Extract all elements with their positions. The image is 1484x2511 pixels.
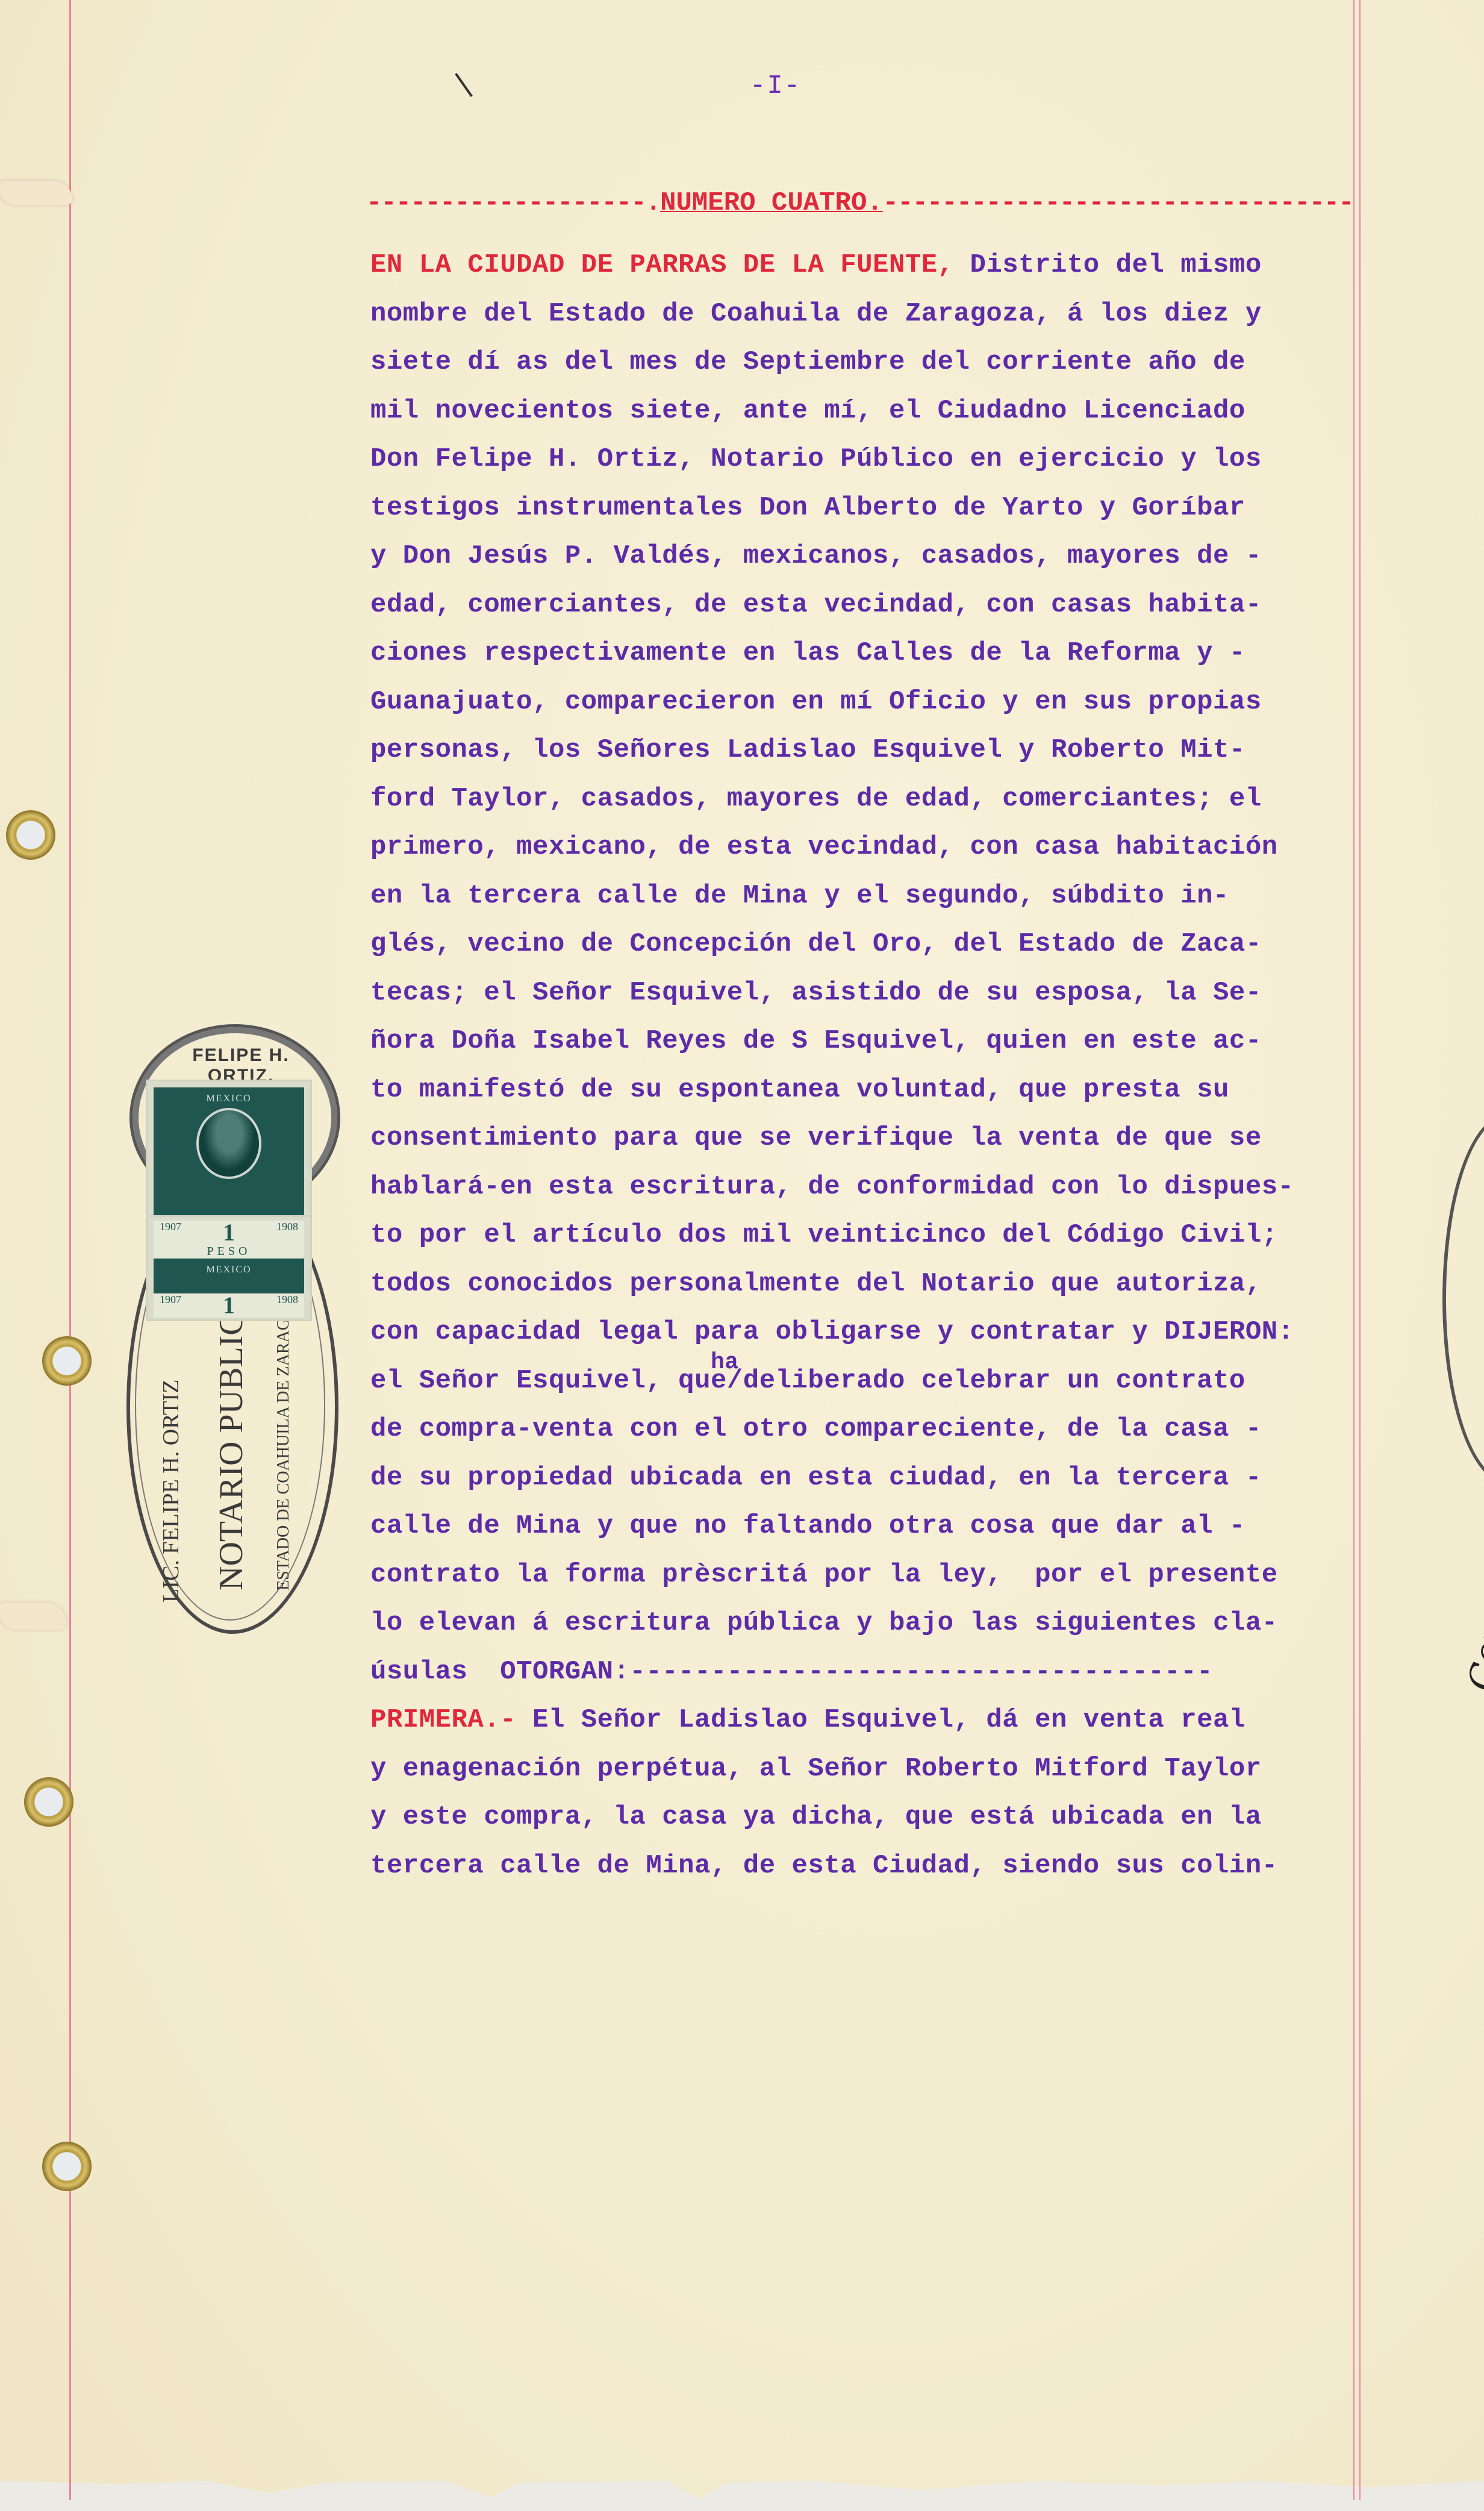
text-line: to manifestó de su espontanea voluntad, … — [370, 1066, 1364, 1115]
seal-center-text: NOTARIO PUBLICO — [212, 1289, 251, 1590]
text-line: ñora Doña Isabel Reyes de S Esquivel, qu… — [370, 1017, 1364, 1066]
seal-outer-right-text: ESTADO DE COAHUILA DE ZARAGOZA — [274, 1284, 293, 1591]
seal-name: FELIPE H. ORTIZ, — [169, 1045, 313, 1086]
red-heading-text: PRIMERA.- — [370, 1696, 516, 1745]
line-text: ñora Doña Isabel Reyes de S Esquivel, qu… — [370, 1017, 1262, 1066]
stamp-year-left: 1907 — [160, 1221, 181, 1245]
line-text: testigos instrumentales Don Alberto de Y… — [370, 484, 1245, 533]
line-text: El Señor Ladislao Esquivel, dá en venta … — [516, 1696, 1245, 1745]
line-text: lo elevan á escritura pública y bajo las… — [370, 1599, 1278, 1648]
red-heading-text: EN LA CIUDAD DE PARRAS DE LA FUENTE, — [370, 241, 954, 290]
line-text: en la tercera calle de Mina y el segundo… — [370, 872, 1229, 921]
stamp-years: 190711908 — [154, 1221, 304, 1245]
stamp-value: 1 — [223, 1221, 235, 1245]
grommet-icon — [24, 1777, 73, 1827]
text-line: testigos instrumentales Don Alberto de Y… — [370, 484, 1364, 533]
line-text: todos conocidos personalmente del Notari… — [370, 1260, 1262, 1309]
line-text: personas, los Señores Ladislao Esquivel … — [370, 726, 1245, 775]
stamp-year-right: 1908 — [276, 1293, 298, 1318]
text-line: de compra-venta con el otro comparecient… — [370, 1405, 1364, 1454]
text-line: contrato la forma prèscritá por la ley, … — [370, 1551, 1364, 1599]
line-text: Distrito del mismo — [954, 241, 1262, 290]
line-text: calle de Mina y que no faltando otra cos… — [370, 1502, 1245, 1551]
line-text: úsulas OTORGAN:-------------------------… — [370, 1648, 1213, 1696]
stamp-unit: PESO — [154, 1245, 304, 1259]
text-line: to por el artículo dos mil veinticinco d… — [370, 1211, 1364, 1260]
document-title: NUMERO CUATRO. — [660, 188, 883, 212]
text-line: úsulas OTORGAN:-------------------------… — [370, 1648, 1364, 1696]
line-text: hablará-en esta escritura, de conformida… — [370, 1163, 1294, 1212]
text-line: y este compra, la casa ya dicha, que est… — [370, 1793, 1364, 1842]
page-number: -I- — [750, 71, 801, 101]
text-line: primero, mexicano, de esta vecindad, con… — [370, 823, 1364, 872]
text-line: personas, los Señores Ladislao Esquivel … — [370, 726, 1364, 775]
line-text: y enagenación perpétua, al Señor Roberto… — [370, 1745, 1262, 1793]
grommet-icon — [42, 2142, 92, 2191]
line-text: edad, comerciantes, de esta vecindad, co… — [370, 581, 1262, 630]
stamp-country: MEXICO — [154, 1093, 304, 1104]
line-text: tecas; el Señor Esquivel, asistido de su… — [370, 969, 1262, 1018]
torn-paper-patch — [0, 181, 72, 205]
text-line: Guanajuato, comparecieron en mí Oficio y… — [370, 678, 1364, 727]
stamp-value: 1 — [223, 1293, 235, 1318]
text-line: mil novecientos siete, ante mí, el Ciuda… — [370, 387, 1364, 436]
torn-bottom-edge — [0, 2481, 1484, 2511]
text-line: tecas; el Señor Esquivel, asistido de su… — [370, 969, 1364, 1018]
text-line: en la tercera calle de Mina y el segundo… — [370, 872, 1364, 921]
line-text: glés, vecino de Concepción del Oro, del … — [370, 920, 1262, 969]
text-line: Don Felipe H. Ortiz, Notario Público en … — [370, 435, 1364, 484]
text-line: y enagenación perpétua, al Señor Roberto… — [370, 1745, 1364, 1793]
grommet-icon — [6, 810, 55, 860]
text-line: el Señor Esquivel, que/deliberado celebr… — [370, 1357, 1364, 1406]
line-text: y Don Jesús P. Valdés, mexicanos, casado… — [370, 532, 1262, 581]
line-text: Guanajuato, comparecieron en mí Oficio y… — [370, 678, 1262, 727]
stamp-portrait-icon — [196, 1108, 261, 1179]
text-line: siete dí as del mes de Septiembre del co… — [370, 338, 1364, 387]
left-margin-line — [69, 0, 71, 2500]
stamp-country: MEXICO — [154, 1265, 304, 1275]
revenue-stamp: MEXICO — [148, 1081, 310, 1226]
line-text: mil novecientos siete, ante mí, el Ciuda… — [370, 387, 1245, 436]
stamp-years: 190711908 — [154, 1293, 304, 1318]
document-title-line: -------------------.NUMERO CUATRO.------… — [366, 188, 1354, 212]
line-text: Don Felipe H. Ortiz, Notario Público en … — [370, 435, 1262, 484]
line-text: ciones respectivamente en las Calles de … — [370, 629, 1245, 678]
line-text: siete dí as del mes de Septiembre del co… — [370, 338, 1245, 387]
line-text: y este compra, la casa ya dicha, que est… — [370, 1793, 1262, 1842]
text-line: EN LA CIUDAD DE PARRAS DE LA FUENTE, Dis… — [370, 241, 1364, 290]
text-line: ciones respectivamente en las Calles de … — [370, 629, 1364, 678]
text-line: de su propiedad ubicada en esta ciudad, … — [370, 1454, 1364, 1503]
line-text: primero, mexicano, de esta vecindad, con… — [370, 823, 1278, 872]
stamp-year-left: 1907 — [160, 1293, 181, 1318]
interlinear-insertion: ha — [711, 1339, 739, 1387]
line-text: tercera calle de Mina, de esta Ciudad, s… — [370, 1842, 1278, 1890]
text-line: PRIMERA.- El Señor Ladislao Esquivel, dá… — [370, 1696, 1364, 1745]
text-line: con capacidad legal para obligarse y con… — [370, 1308, 1364, 1357]
text-line: glés, vecino de Concepción del Oro, del … — [370, 920, 1364, 969]
document-body: EN LA CIUDAD DE PARRAS DE LA FUENTE, Dis… — [370, 241, 1364, 1890]
line-text: de su propiedad ubicada en esta ciudad, … — [370, 1454, 1262, 1503]
text-line: ford Taylor, casados, mayores de edad, c… — [370, 775, 1364, 824]
text-line: y Don Jesús P. Valdés, mexicanos, casado… — [370, 532, 1364, 581]
seal-outer-left-text: LIC. FELIPE H. ORTIZ — [158, 1380, 184, 1603]
line-text: nombre del Estado de Coahuila de Zaragoz… — [370, 290, 1262, 339]
text-line: todos conocidos personalmente del Notari… — [370, 1260, 1364, 1309]
stamp-year-right: 1908 — [276, 1221, 298, 1245]
text-line: nombre del Estado de Coahuila de Zaragoz… — [370, 290, 1364, 339]
title-prefix-dashes: -------------------. — [366, 188, 660, 212]
torn-paper-patch — [0, 1603, 66, 1630]
line-text: de compra-venta con el otro comparecient… — [370, 1405, 1262, 1454]
text-line: consentimiento para que se verifique la … — [370, 1114, 1364, 1163]
line-text: ford Taylor, casados, mayores de edad, c… — [370, 775, 1262, 824]
title-suffix-dashes: ----------------------------------------… — [883, 188, 1354, 212]
line-text: to por el artículo dos mil veinticinco d… — [370, 1211, 1278, 1260]
grommet-icon — [42, 1336, 92, 1386]
line-text: to manifestó de su espontanea voluntad, … — [370, 1066, 1229, 1115]
line-text: el Señor Esquivel, que/deliberado celebr… — [370, 1357, 1245, 1406]
text-line: hablará-en esta escritura, de conformida… — [370, 1163, 1364, 1212]
revenue-stamp: 190711908 PESO MEXICO 190711908 — [148, 1217, 310, 1319]
text-line: lo elevan á escritura pública y bajo las… — [370, 1599, 1364, 1648]
line-text: consentimiento para que se verifique la … — [370, 1114, 1262, 1163]
line-text: con capacidad legal para obligarse y con… — [370, 1308, 1294, 1357]
line-text: contrato la forma prèscritá por la ley, … — [370, 1551, 1278, 1599]
text-line: tercera calle de Mina, de esta Ciudad, s… — [370, 1842, 1364, 1890]
text-line: calle de Mina y que no faltando otra cos… — [370, 1502, 1364, 1551]
text-line: edad, comerciantes, de esta vecindad, co… — [370, 581, 1364, 630]
